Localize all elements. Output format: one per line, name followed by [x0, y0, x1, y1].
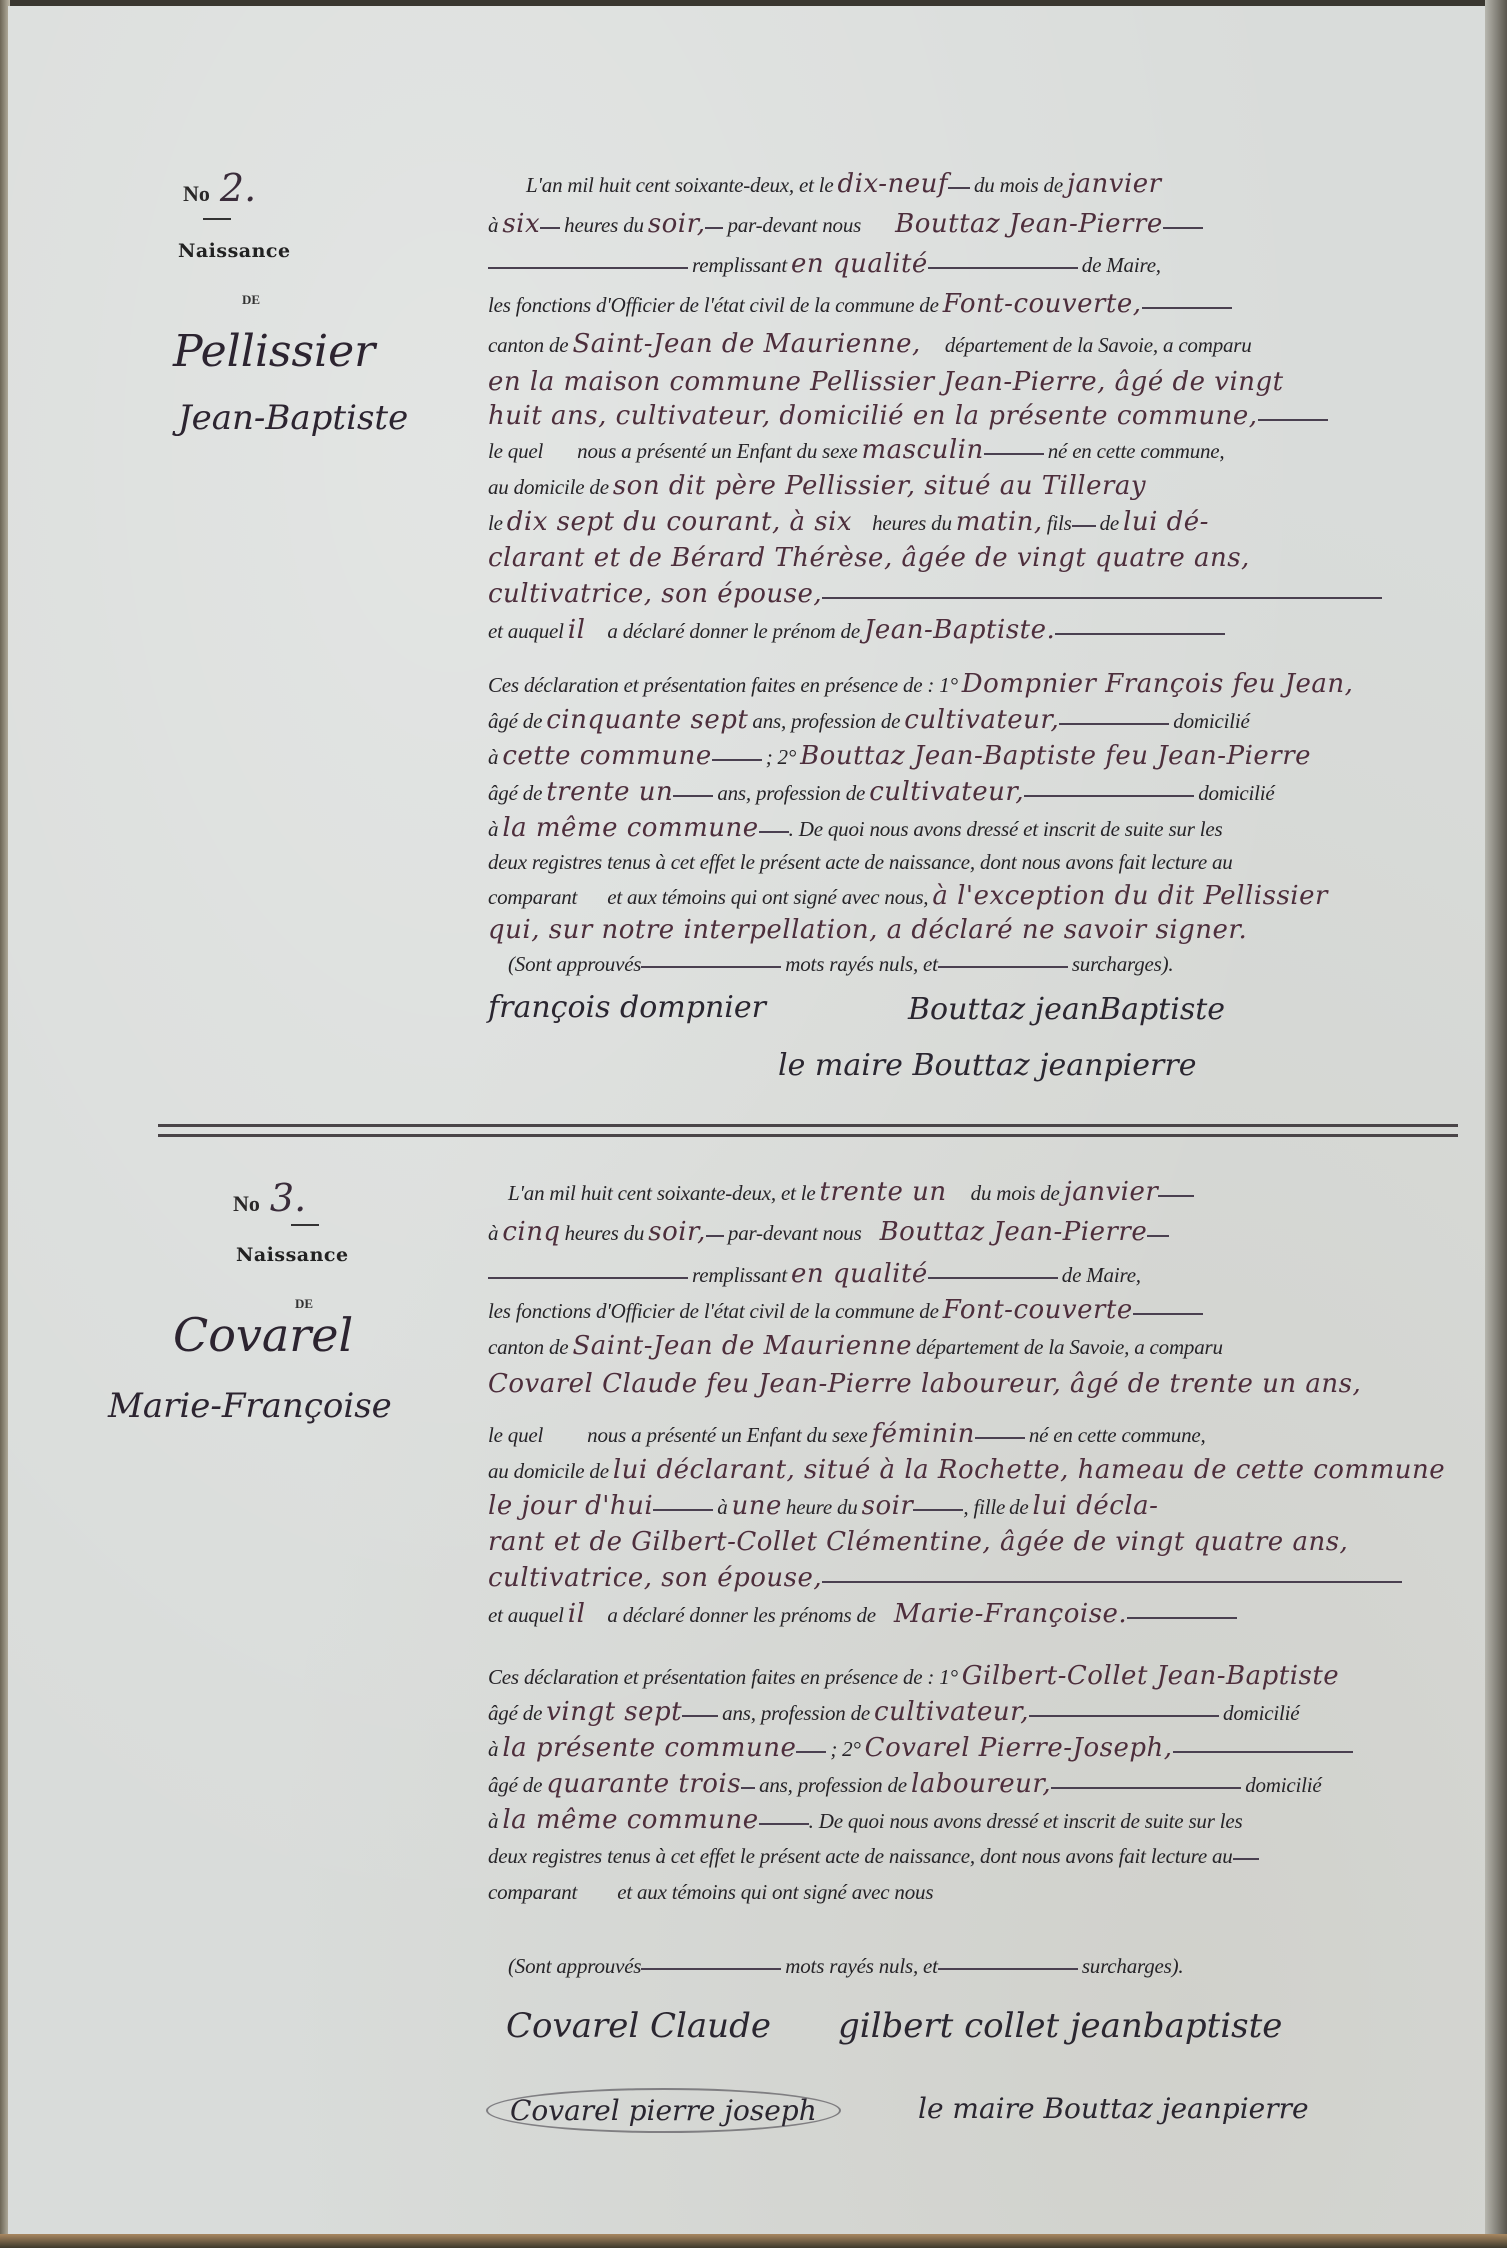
entry-separator-top	[158, 1124, 1458, 1127]
printed-text: , fille	[963, 1495, 1005, 1519]
blank-line	[928, 1277, 1058, 1279]
witness-line-1: Ces déclaration et présentation faites e…	[488, 1658, 1478, 1698]
handwritten-witness-1: Gilbert-Collet Jean-Baptiste	[962, 1661, 1339, 1691]
printed-text: remplissant	[692, 1263, 787, 1287]
blank-line	[641, 966, 781, 968]
blank-line	[796, 1751, 826, 1753]
printed-text: comparant	[488, 885, 577, 909]
blank-line	[759, 1823, 809, 1825]
printed-text: ans, profession de	[759, 1773, 907, 1797]
handwritten-age: cinquante sept	[546, 705, 748, 735]
printed-text: deux registres tenus à cet effet le prés…	[488, 850, 1233, 874]
printed-text: heures du	[872, 511, 952, 535]
text-line-2: à six heures du soir, par-devant nous Bo…	[488, 206, 1478, 246]
printed-text: remplissant	[692, 253, 787, 277]
signature-mayor: le maire Bouttaz jeanpierre	[778, 1048, 1196, 1083]
signature-witness-1: gilbert collet jeanbaptiste	[838, 2006, 1282, 2046]
printed-text: comparant	[488, 1880, 577, 1904]
printed-text: Ces déclaration et présentation faites e…	[488, 673, 958, 697]
printed-text: le quel	[488, 439, 543, 463]
handwritten-hour: cinq	[502, 1217, 560, 1247]
blank-line	[741, 1787, 755, 1789]
entry-heading: Naissance	[236, 1244, 349, 1266]
divider-dash	[291, 1224, 319, 1226]
text-line-1: L'an mil huit cent soixante-deux, et le …	[526, 166, 1507, 206]
text-line-13: et auquel il a déclaré donner le prénom …	[488, 612, 1478, 652]
handwritten-month: janvier	[1067, 169, 1162, 199]
printed-text: par-devant nous	[728, 1221, 862, 1245]
blank-line	[705, 227, 723, 229]
blank-line	[938, 966, 1068, 968]
handwritten-mother: rant et de Gilbert-Collet Clémentine, âg…	[488, 1527, 1348, 1557]
handwritten-canton: Saint-Jean de Maurienne	[572, 1331, 912, 1361]
handwritten-exception: à l'exception du dit Pellissier	[932, 881, 1328, 911]
printed-text: surcharges).	[1082, 1954, 1184, 1978]
handwritten-domicile: lui déclarant, situé à la Rochette, hame…	[613, 1455, 1445, 1485]
approvals-line: (Sont approuvés mots rayés nuls, et surc…	[508, 946, 1498, 986]
blank-line	[1059, 723, 1169, 725]
handwritten-profession: cultivateur,	[869, 777, 1024, 807]
text-line-8: le quel nous a présenté un Enfant du sex…	[488, 1416, 1478, 1456]
text-line-2: à cinq heures du soir, par-devant nous B…	[488, 1214, 1478, 1254]
blank-line	[706, 1235, 724, 1237]
witness-line-4: âgé de trente un ans, profession de cult…	[488, 774, 1478, 814]
text-line-11: rant et de Gilbert-Collet Clémentine, âg…	[488, 1524, 1478, 1564]
heading-de: DE	[242, 292, 260, 308]
printed-text: heures du	[564, 213, 644, 237]
blank-line	[1158, 1195, 1194, 1197]
handwritten-day: dix-neuf	[838, 169, 948, 199]
blank-line	[488, 267, 688, 269]
handwritten-commune: Font-couverte,	[943, 289, 1142, 319]
text-line-8: le quel nous a présenté un Enfant du sex…	[488, 432, 1478, 472]
text-line-6: Covarel Claude feu Jean-Pierre laboureur…	[488, 1366, 1478, 1406]
blank-line	[1072, 525, 1096, 527]
text-line-9: au domicile de son dit père Pellissier, …	[488, 468, 1478, 508]
printed-text: du mois de	[971, 1181, 1060, 1205]
printed-text: à	[717, 1495, 727, 1519]
text-line-12: cultivatrice, son épouse,	[488, 1560, 1478, 1600]
printed-text: mots rayés nuls, et	[785, 1954, 938, 1978]
handwritten-canton: Saint-Jean de Maurienne,	[572, 329, 920, 359]
handwritten-capacity: en qualité	[791, 249, 928, 279]
printed-text: département de la Savoie, a comparu	[945, 333, 1252, 357]
text-line-13: et auquel il a déclaré donner les prénom…	[488, 1596, 1478, 1636]
printed-text: le	[488, 511, 503, 535]
margin-surname: Pellissier	[173, 326, 375, 377]
witness-line-2: âgé de vingt sept ans, profession de cul…	[488, 1694, 1478, 1734]
printed-text: à	[488, 1221, 498, 1245]
printed-text: domicilié	[1173, 709, 1249, 733]
printed-text: heures du	[565, 1221, 645, 1245]
printed-text: ans, profession de	[722, 1701, 870, 1725]
printed-text: ans, profession de	[717, 781, 865, 805]
blank-line	[1133, 1313, 1203, 1315]
blank-line	[712, 759, 762, 761]
printed-text: âgé de	[488, 781, 542, 805]
blank-line	[1163, 227, 1203, 229]
blank-line	[948, 187, 970, 189]
register-page: No2. Naissance DE Pellissier Jean-Baptis…	[8, 6, 1489, 2238]
handwritten-commune: Font-couverte	[943, 1295, 1133, 1325]
witness-line-5: à la même commune. De quoi nous avons dr…	[488, 1802, 1478, 1842]
printed-text: et auquel	[488, 619, 564, 643]
printed-text: L'an mil huit cent soixante-deux, et le	[526, 173, 834, 197]
printed-text: (Sont approuvés	[508, 952, 641, 976]
margin-given-name: Jean-Baptiste	[178, 398, 408, 438]
handwritten-parent: lui décla-	[1033, 1491, 1159, 1521]
blank-line	[938, 1968, 1078, 1970]
handwritten-age: trente un	[546, 777, 673, 807]
printed-text: domicilié	[1245, 1773, 1321, 1797]
handwritten-mayor-name: Bouttaz Jean-Pierre	[895, 209, 1163, 239]
handwritten-hour: une	[732, 1491, 782, 1521]
handwritten-hour: six	[502, 209, 540, 239]
printed-text: ; 2°	[766, 745, 796, 769]
printed-text: canton de	[488, 1335, 568, 1359]
handwritten-pronoun: il	[568, 1599, 586, 1629]
handwritten-domicile: la présente commune	[502, 1733, 796, 1763]
handwritten-domicile: la même commune	[502, 1805, 758, 1835]
text-line-3: remplissant en qualité de Maire,	[488, 246, 1478, 286]
handwritten-declarant-details: huit ans, cultivateur, domicilié en la p…	[488, 401, 1258, 431]
text-line-10: le dix sept du courant, à six heures du …	[488, 504, 1478, 544]
entry-number: No3.	[233, 1176, 306, 1220]
blank-line	[928, 267, 1078, 269]
handwritten-profession: cultivateur,	[874, 1697, 1029, 1727]
margin-surname: Covarel	[173, 1308, 353, 1362]
printed-text: L'an mil huit cent soixante-deux, et le	[508, 1181, 816, 1205]
text-line-5: canton de Saint-Jean de Maurienne, dépar…	[488, 326, 1478, 366]
witness-line-3: à cette commune ; 2° Bouttaz Jean-Baptis…	[488, 738, 1478, 778]
printed-text: à	[488, 1737, 498, 1761]
blank-line	[822, 597, 1382, 599]
handwritten-day: trente un	[820, 1177, 947, 1207]
blank-line	[1055, 633, 1225, 635]
witness-line-4: âgé de quarante trois ans, profession de…	[488, 1766, 1478, 1806]
printed-text: et aux témoins qui ont signé avec nous,	[607, 885, 928, 909]
blank-line	[822, 1581, 1402, 1583]
blank-line	[1051, 1787, 1241, 1789]
blank-line	[759, 831, 789, 833]
blank-line	[913, 1509, 963, 1511]
printed-text: de	[1009, 1495, 1028, 1519]
blank-line	[1173, 1751, 1353, 1753]
printed-text: et auquel	[488, 1603, 564, 1627]
number-value: 3.	[270, 1176, 306, 1220]
printed-text: à	[488, 213, 498, 237]
witness-line-7: comparant et aux témoins qui ont signé a…	[488, 1874, 1478, 1914]
signature-witness-2: Bouttaz jeanBaptiste	[908, 992, 1225, 1027]
printed-text: fils	[1047, 511, 1072, 535]
blank-line	[1258, 419, 1328, 421]
handwritten-profession: cultivateur,	[904, 705, 1059, 735]
blank-line	[1127, 1617, 1237, 1619]
number-label: No	[233, 1191, 260, 1216]
text-line-4: les fonctions d'Officier de l'état civil…	[488, 286, 1478, 326]
blank-line	[1142, 307, 1232, 309]
handwritten-mother-details: cultivatrice, son épouse,	[488, 579, 822, 609]
printed-text: canton de	[488, 333, 568, 357]
printed-text: . De quoi nous avons dressé et inscrit d…	[809, 1809, 1243, 1833]
signature-witness-1: françois dompnier	[488, 990, 766, 1025]
handwritten-declarant: Covarel Claude feu Jean-Pierre laboureur…	[488, 1369, 1361, 1399]
printed-text: à	[488, 745, 498, 769]
printed-text: né en cette commune,	[1048, 439, 1225, 463]
printed-text: surcharges).	[1072, 952, 1174, 976]
handwritten-parent: lui dé-	[1123, 507, 1209, 537]
printed-text: et aux témoins qui ont signé avec nous	[617, 1880, 933, 1904]
witness-line-3: à la présente commune ; 2° Covarel Pierr…	[488, 1730, 1478, 1770]
blank-line	[488, 1277, 688, 1279]
printed-text: heure du	[786, 1495, 858, 1519]
printed-text: domicilié	[1223, 1701, 1299, 1725]
printed-text: le quel	[488, 1423, 543, 1447]
margin-given-name: Marie-Françoise	[108, 1386, 392, 1426]
printed-text: deux registres tenus à cet effet le prés…	[488, 1844, 1233, 1868]
blank-line	[540, 227, 560, 229]
printed-text: (Sont approuvés	[508, 1954, 641, 1978]
number-value: 2.	[220, 166, 256, 210]
printed-text: âgé de	[488, 1701, 542, 1725]
handwritten-exception-note: qui, sur notre interpellation, a déclaré…	[488, 915, 1247, 945]
handwritten-given-name: Jean-Baptiste.	[864, 615, 1055, 645]
printed-text: ans, profession de	[752, 709, 900, 733]
text-line-3: remplissant en qualité de Maire,	[488, 1256, 1478, 1296]
printed-text: les fonctions d'Officier de l'état civil…	[488, 1299, 939, 1323]
printed-text: a déclaré donner les prénoms de	[607, 1603, 876, 1627]
handwritten-domicile: cette commune	[502, 741, 711, 771]
printed-text: né en cette commune,	[1029, 1423, 1206, 1447]
text-line-11: clarant et de Bérard Thérèse, âgée de vi…	[488, 540, 1478, 580]
printed-text: Ces déclaration et présentation faites e…	[488, 1665, 958, 1689]
divider-dash	[203, 218, 231, 220]
text-line-5: canton de Saint-Jean de Maurienne départ…	[488, 1328, 1478, 1368]
printed-text: du mois de	[974, 173, 1063, 197]
blank-line	[1233, 1858, 1259, 1860]
blank-line	[653, 1509, 713, 1511]
handwritten-birth-date: le jour d'hui	[488, 1491, 653, 1521]
printed-text: âgé de	[488, 1773, 542, 1797]
handwritten-mayor-name: Bouttaz Jean-Pierre	[880, 1217, 1148, 1247]
entry-number: No2.	[183, 166, 256, 210]
blank-line	[975, 1437, 1025, 1439]
witness-line-6: deux registres tenus à cet effet le prés…	[488, 1838, 1478, 1878]
handwritten-profession: laboureur,	[911, 1769, 1051, 1799]
handwritten-mother-details: cultivatrice, son épouse,	[488, 1563, 822, 1593]
handwritten-witness-2: Bouttaz Jean-Baptiste feu Jean-Pierre	[800, 741, 1311, 771]
book-page-edge	[1485, 0, 1507, 2248]
signature-declarant: Covarel Claude	[506, 2006, 771, 2046]
text-line-9: au domicile de lui déclarant, situé à la…	[488, 1452, 1478, 1492]
text-line-4: les fonctions d'Officier de l'état civil…	[488, 1292, 1478, 1332]
printed-text: nous a présenté un Enfant du sexe	[577, 439, 857, 463]
printed-text: . De quoi nous avons dressé et inscrit d…	[789, 817, 1223, 841]
text-line-12: cultivatrice, son épouse,	[488, 576, 1478, 616]
printed-text: mots rayés nuls, et	[785, 952, 938, 976]
printed-text: à	[488, 1809, 498, 1833]
handwritten-witness-1: Dompnier François feu Jean,	[962, 669, 1354, 699]
printed-text: domicilié	[1198, 781, 1274, 805]
handwritten-period: matin,	[956, 507, 1043, 537]
printed-text: au domicile de	[488, 475, 609, 499]
handwritten-period: soir,	[648, 1217, 706, 1247]
handwritten-mother: clarant et de Bérard Thérèse, âgée de vi…	[488, 543, 1250, 573]
blank-line	[641, 1968, 781, 1970]
printed-text: au domicile de	[488, 1459, 609, 1483]
printed-text: à	[488, 817, 498, 841]
blank-line	[1024, 795, 1194, 797]
blank-line	[673, 795, 713, 797]
handwritten-sex: féminin	[872, 1419, 975, 1449]
blank-line	[984, 453, 1044, 455]
text-line-10: le jour d'hui à une heure du soir, fille…	[488, 1488, 1478, 1528]
approvals-line: (Sont approuvés mots rayés nuls, et surc…	[508, 1948, 1498, 1988]
handwritten-period: soir	[862, 1491, 914, 1521]
handwritten-domicile: son dit père Pellissier, situé au Tiller…	[613, 471, 1146, 501]
signature-mayor: le maire Bouttaz jeanpierre	[918, 2092, 1309, 2125]
handwritten-pronoun: il	[568, 615, 586, 645]
handwritten-capacity: en qualité	[791, 1259, 928, 1289]
entry-separator-bottom	[158, 1134, 1458, 1137]
entry-heading: Naissance	[178, 240, 291, 262]
text-line-1: L'an mil huit cent soixante-deux, et le …	[508, 1174, 1498, 1214]
printed-text: nous a présenté un Enfant du sexe	[587, 1423, 867, 1447]
printed-text: de Maire,	[1082, 253, 1161, 277]
handwritten-birth-date: dix sept du courant, à six	[507, 507, 852, 537]
printed-text: de	[1100, 511, 1119, 535]
blank-line	[1029, 1715, 1219, 1717]
handwritten-age: vingt sept	[546, 1697, 682, 1727]
signature-witness-2: Covarel pierre joseph	[486, 2088, 841, 2133]
handwritten-domicile: la même commune	[502, 813, 758, 843]
witness-line-1: Ces déclaration et présentation faites e…	[488, 666, 1478, 706]
handwritten-period: soir,	[648, 209, 706, 239]
blank-line	[682, 1715, 718, 1717]
handwritten-age: quarante trois	[546, 1769, 741, 1799]
handwritten-month: janvier	[1064, 1177, 1159, 1207]
book-bottom-edge	[0, 2234, 1507, 2248]
printed-text: de Maire,	[1062, 1263, 1141, 1287]
printed-text: ; 2°	[830, 1737, 860, 1761]
handwritten-declarant: en la maison commune Pellissier Jean-Pie…	[488, 367, 1284, 397]
blank-line	[1147, 1235, 1169, 1237]
printed-text: département de la Savoie, a comparu	[916, 1335, 1223, 1359]
handwritten-sex: masculin	[862, 435, 984, 465]
number-label: No	[183, 181, 210, 206]
handwritten-given-name: Marie-Françoise.	[894, 1599, 1127, 1629]
printed-text: âgé de	[488, 709, 542, 733]
handwritten-witness-2: Covarel Pierre-Joseph,	[865, 1733, 1173, 1763]
printed-text: les fonctions d'Officier de l'état civil…	[488, 293, 939, 317]
witness-line-2: âgé de cinquante sept ans, profession de…	[488, 702, 1478, 742]
printed-text: a déclaré donner le prénom de	[607, 619, 860, 643]
printed-text: par-devant nous	[727, 213, 861, 237]
